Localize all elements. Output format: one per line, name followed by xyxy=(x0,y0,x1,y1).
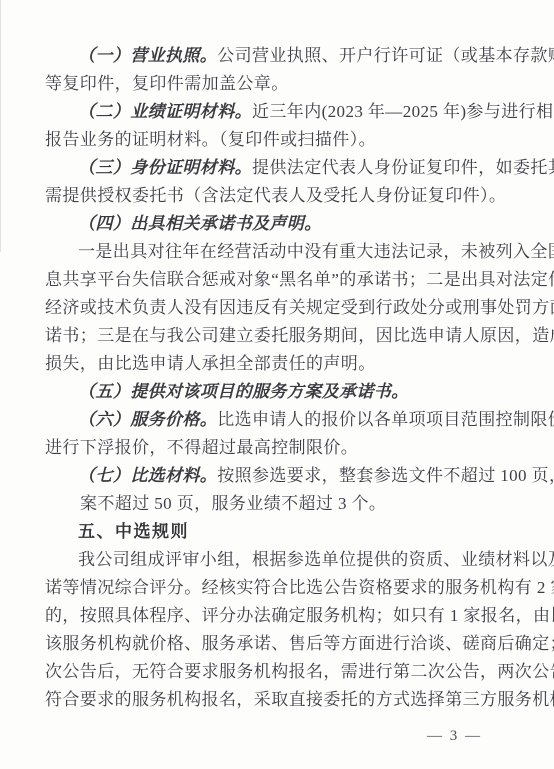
body-run: 等复印件，复印件需加盖公章。 xyxy=(45,74,289,93)
text-line: 损失，由比选申请人承担全部责任的声明。 xyxy=(45,350,526,378)
text-line: 我公司组成评审小组，根据参选单位提供的资质、业绩材料以及服务承 xyxy=(45,546,526,574)
text-line: （五）提供对该项目的服务方案及承诺书。 xyxy=(45,378,526,406)
text-line: （三）身份证明材料。提供法定代表人身份证复印件，如委托其他人的， xyxy=(45,154,526,182)
text-line: 报告业务的证明材料。（复印件或扫描件）。 xyxy=(45,126,526,154)
text-line: 息共享平台失信联合惩戒对象“黑名单”的承诺书；二是出具对法定代表人、 xyxy=(45,266,526,294)
heading-run: （四）出具相关承诺书及声明。 xyxy=(78,214,322,233)
heading-run: 五、中选规则 xyxy=(78,522,189,541)
text-line: 的，按照具体程序、评分办法确定服务机构；如只有 1 家报名，由比选人与 xyxy=(45,602,526,630)
text-line: （七）比选材料。按照参选要求，整套参选文件不超过 100 页，服务方 xyxy=(45,462,526,490)
text-line: 案不超过 50 页，服务业绩不超过 3 个。 xyxy=(45,490,526,518)
heading-run: （一）营业执照。 xyxy=(78,46,217,65)
body-run: 需提供授权委托书（含法定代表人及受托人身份证复印件）。 xyxy=(45,186,506,205)
body-run: 比选申请人的报价以各单项项目范围控制限价为基础， xyxy=(217,410,554,429)
text-line: 诺书；三是在与我公司建立委托服务期间，因比选申请人原因，造成的一切 xyxy=(45,322,526,350)
text-line: 进行下浮报价，不得超过最高控制限价。 xyxy=(45,434,526,462)
body-run: 的，按照具体程序、评分办法确定服务机构；如只有 1 家报名，由比选人与 xyxy=(45,606,554,625)
heading-run: （二）业绩证明材料。 xyxy=(78,102,252,121)
text-line: 符合要求的服务机构报名，采取直接委托的方式选择第三方服务机构。 xyxy=(45,686,526,714)
body-run: 损失，由比选申请人承担全部责任的声明。 xyxy=(45,354,376,373)
text-line: 次公告后，无符合要求服务机构报名，需进行第二次公告，两次公告后均无 xyxy=(45,658,526,686)
body-run: 诺书；三是在与我公司建立委托服务期间，因比选申请人原因，造成的一切 xyxy=(45,326,554,345)
text-line: 五、中选规则 xyxy=(45,518,526,546)
body-run: 一是出具对往年在经营活动中没有重大违法记录，未被列入全国信用信 xyxy=(78,242,554,261)
text-line: （二）业绩证明材料。近三年内(2023 年—2025 年)参与进行相关评 审 xyxy=(45,98,526,126)
text-line: 一是出具对往年在经营活动中没有重大违法记录，未被列入全国信用信 xyxy=(45,238,526,266)
body-run: 公司营业执照、开户行许可证（或基本存款账户信息） xyxy=(217,46,554,65)
heading-run: （三）身份证明材料。 xyxy=(78,158,252,177)
document-page: （一）营业执照。公司营业执照、开户行许可证（或基本存款账户信息）等复印件，复印件… xyxy=(0,0,554,769)
heading-run: （七）比选材料。 xyxy=(78,466,217,485)
text-line: 该服务机构就价格、服务承诺、售后等方面进行洽谈、磋商后确定；如第一 xyxy=(45,630,526,658)
document-content: （一）营业执照。公司营业执照、开户行许可证（或基本存款账户信息）等复印件，复印件… xyxy=(45,42,526,714)
body-run: 我公司组成评审小组，根据参选单位提供的资质、业绩材料以及服务承 xyxy=(78,550,554,569)
body-run: 该服务机构就价格、服务承诺、售后等方面进行洽谈、磋商后确定；如第一 xyxy=(45,634,554,653)
body-run: 提供法定代表人身份证复印件，如委托其他人的， xyxy=(252,158,554,177)
text-line: 经济或技术负责人没有因违反有关规定受到行政处分或刑事处罚方面的承 xyxy=(45,294,526,322)
text-line: （四）出具相关承诺书及声明。 xyxy=(45,210,526,238)
body-run: 案不超过 50 页，服务业绩不超过 3 个。 xyxy=(80,494,386,513)
body-run: 近三年内(2023 年—2025 年)参与进行相关评 审 xyxy=(252,102,554,121)
body-run: 按照参选要求，整套参选文件不超过 100 页，服务方 xyxy=(217,466,554,485)
heading-run: （五）提供对该项目的服务方案及承诺书。 xyxy=(78,382,409,401)
text-line: （六）服务价格。比选申请人的报价以各单项项目范围控制限价为基础， xyxy=(45,406,526,434)
scan-edge-artifact xyxy=(0,0,1,252)
text-line: 诺等情况综合评分。经核实符合比选公告资格要求的服务机构有 2 家及以上 xyxy=(45,574,526,602)
heading-run: （六）服务价格。 xyxy=(78,410,217,429)
body-run: 报告业务的证明材料。（复印件或扫描件）。 xyxy=(45,130,376,149)
text-line: 需提供授权委托书（含法定代表人及受托人身份证复印件）。 xyxy=(45,182,526,210)
page-number: — 3 — xyxy=(427,728,482,745)
body-run: 诺等情况综合评分。经核实符合比选公告资格要求的服务机构有 2 家及以上 xyxy=(45,578,554,597)
body-run: 进行下浮报价，不得超过最高控制限价。 xyxy=(45,438,358,457)
body-run: 息共享平台失信联合惩戒对象“黑名单”的承诺书；二是出具对法定代表人、 xyxy=(45,270,554,289)
text-line: （一）营业执照。公司营业执照、开户行许可证（或基本存款账户信息） xyxy=(45,42,526,70)
body-run: 次公告后，无符合要求服务机构报名，需进行第二次公告，两次公告后均无 xyxy=(45,662,554,681)
body-run: 符合要求的服务机构报名，采取直接委托的方式选择第三方服务机构。 xyxy=(45,690,554,709)
text-line: 等复印件，复印件需加盖公章。 xyxy=(45,70,526,98)
body-run: 经济或技术负责人没有因违反有关规定受到行政处分或刑事处罚方面的承 xyxy=(45,298,554,317)
